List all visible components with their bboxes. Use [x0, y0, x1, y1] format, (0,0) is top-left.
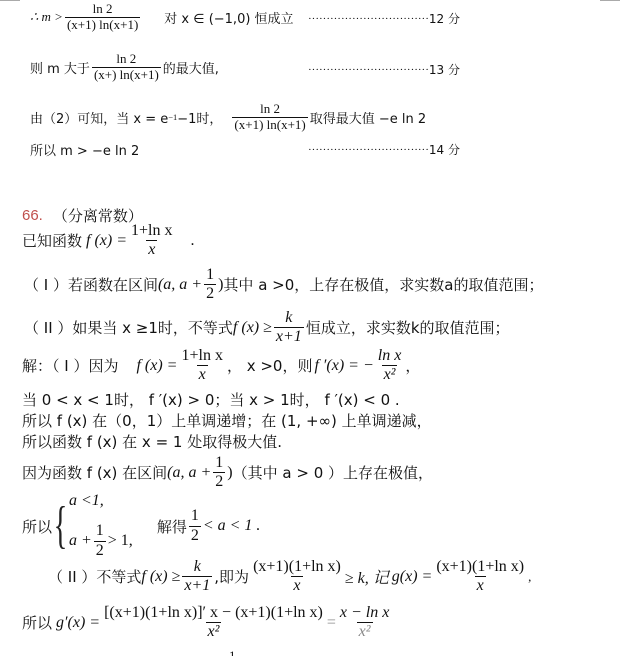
- prev-line-4-text: 所以 m > −e ln 2: [30, 140, 139, 159]
- fraction-numerator: ln 2: [91, 2, 115, 17]
- prev-line-1-prefix: ∴ m >: [30, 9, 63, 25]
- solution-7-mid: ,即为: [214, 566, 249, 587]
- part-2-function: f (x) ≥: [233, 319, 272, 337]
- cut-off-line: 1: [229, 648, 236, 656]
- case-2-right: > 1,: [108, 532, 133, 550]
- solution-1-mid: ， x >0，则: [227, 355, 313, 376]
- derivative-fraction: ln x x²: [376, 347, 404, 385]
- fraction-denominator: x²: [206, 622, 222, 641]
- prev-line-1-fraction: ln 2 (x+1) ln(x+1): [65, 2, 140, 33]
- g-prime-fraction: [(x+1)(1+ln x)]′ x − (x+1)(1+ln x) x²: [102, 604, 325, 642]
- solution-1-function: f (x) =: [136, 357, 177, 375]
- result-fraction: 1 2: [189, 507, 201, 545]
- solve-label: 解得: [157, 516, 187, 537]
- solution-1-derivative: f ′(x) = −: [314, 357, 373, 375]
- k-fraction: k x+1: [274, 309, 304, 347]
- exponent: −1: [168, 112, 177, 122]
- score-label: 13 分: [429, 61, 460, 78]
- system-case-1: a <1,: [69, 492, 133, 510]
- solution-5-prefix: 因为函数 f (x) 在区间: [22, 462, 167, 483]
- solution-8-prefix: 所以: [22, 612, 52, 633]
- fraction-denominator: x+1: [182, 576, 212, 595]
- case-2-left: a +: [69, 532, 92, 550]
- fraction-denominator: 2: [213, 472, 225, 491]
- page-edge-right: [600, 0, 620, 1]
- prev-line-2-score: ································· 13 分: [308, 61, 460, 78]
- solution-2-text: 当 0 < x < 1时， f ′(x) > 0；当 x > 1时， f ′(x…: [22, 389, 400, 410]
- problem-part-1: （ I ）若函数在区间 (a, a + 1 2 ) 其中 a >0，上存在极值，…: [24, 266, 543, 304]
- g-fraction: (x+1)(1+ln x) x: [251, 558, 343, 596]
- score-label: 14 分: [429, 141, 460, 158]
- solution-line-3: 所以 f (x) 在（0，1）上单调递增；在 (1, +∞) 上单调递减，: [22, 410, 432, 431]
- fraction-denominator: x: [197, 365, 208, 384]
- solution-1-end: ，: [405, 355, 420, 376]
- half-fraction: 1 2: [204, 266, 216, 304]
- part-2-label: （ II ）如果当 x ≥1时，不等式: [24, 317, 233, 338]
- fraction-numerator: [(x+1)(1+ln x)]′ x − (x+1)(1+ln x): [102, 604, 325, 622]
- prev-line-3-mid: −1时，: [177, 108, 222, 127]
- fraction-denominator: x+1: [274, 327, 304, 346]
- solution-7-end: ,: [528, 569, 531, 585]
- prev-line-2: 则 m 大于 ln 2 (x+) ln(x+1) 的最大值,: [30, 52, 219, 83]
- partial-numerator: 1: [229, 648, 236, 656]
- solution-line-6: 所以 { a <1, a + 1 2 > 1, 解得 1 2 < a < 1 .: [22, 492, 260, 560]
- fraction-numerator: k: [283, 309, 294, 327]
- prev-line-2-suffix: 的最大值,: [163, 58, 219, 77]
- solution-7-function: f (x) ≥: [141, 568, 180, 586]
- leader-dots: ·································: [308, 64, 429, 76]
- fraction-denominator: x²: [382, 365, 398, 384]
- g-prime: g′(x) =: [56, 614, 100, 632]
- part-1-label: （ I ）若函数在区间: [24, 274, 158, 295]
- solution-7-mid2: ≥ k, 记: [345, 565, 389, 588]
- fraction-numerator: 1: [204, 266, 216, 284]
- interval-left: (a, a +: [158, 276, 202, 294]
- g-definition-fraction: (x+1)(1+ln x) x: [434, 558, 526, 596]
- solution-line-5: 因为函数 f (x) 在区间 (a, a + 1 2 ) （其中 a > 0 ）…: [22, 454, 433, 492]
- part-2-rest: 恒成立，求实数k的取值范围；: [306, 317, 510, 338]
- equals-sign: =: [327, 614, 336, 632]
- fraction-numerator: ln 2: [258, 102, 282, 117]
- solution-3-text: 所以 f (x) 在（0，1）上单调递增；在 (1, +∞) 上单调递减，: [22, 410, 432, 431]
- fraction-denominator: x: [291, 576, 302, 595]
- k-fraction: k x+1: [182, 558, 212, 596]
- half-fraction: 1 2: [94, 522, 106, 560]
- prev-line-3: 由（2）可知，当 x = e−1 −1时， ln 2 (x+1) ln(x+1)…: [30, 102, 426, 133]
- prev-line-2-prefix: 则 m 大于: [30, 58, 90, 77]
- fraction-denominator: (x+1) ln(x+1): [232, 117, 307, 133]
- interval-left: (a, a +: [167, 464, 211, 482]
- solution-4-text: 所以函数 f (x) 在 x = 1 处取得极大值.: [22, 431, 282, 452]
- solution-5-rest: （其中 a > 0 ）上存在极值，: [233, 462, 433, 483]
- g-function: g(x) =: [392, 568, 433, 586]
- fraction-denominator: (x+) ln(x+1): [92, 67, 161, 83]
- left-brace-icon: {: [54, 500, 68, 552]
- fraction-numerator: 1+ln x: [129, 222, 174, 240]
- fraction-numerator: 1: [94, 522, 106, 540]
- solution-line-1: 解：（ I ）因为 f (x) = 1+ln x x ， x >0，则 f ′(…: [22, 347, 420, 385]
- given-prefix: 已知函数: [22, 230, 82, 251]
- fraction-denominator: (x+1) ln(x+1): [65, 17, 140, 33]
- problem-given: 已知函数 f (x) = 1+ln x x .: [22, 222, 194, 260]
- system-case-2: a + 1 2 > 1,: [69, 522, 133, 560]
- prev-line-3-fraction: ln 2 (x+1) ln(x+1): [232, 102, 307, 133]
- fraction-numerator: 1: [213, 454, 225, 472]
- leader-dots: ·································: [308, 13, 429, 25]
- problem-part-2: （ II ）如果当 x ≥1时，不等式 f (x) ≥ k x+1 恒成立，求实…: [24, 309, 510, 347]
- fraction-numerator: (x+1)(1+ln x): [251, 558, 343, 576]
- solution-1-prefix: 解：（ I ）因为: [22, 355, 118, 376]
- leader-dots: ·································: [308, 144, 429, 156]
- fraction-denominator: x²: [357, 622, 373, 641]
- prev-line-2-fraction: ln 2 (x+) ln(x+1): [92, 52, 161, 83]
- solution-line-8: 所以 g′(x) = [(x+1)(1+ln x)]′ x − (x+1)(1+…: [22, 604, 393, 642]
- prev-line-1-condition: 对 x ∈ (−1,0) 恒成立: [164, 8, 293, 27]
- solution-7-label: （ II ）不等式: [48, 566, 141, 587]
- prev-line-4-score: ································· 14 分: [308, 141, 460, 158]
- given-function: f (x) =: [86, 232, 127, 250]
- solution-6-prefix: 所以: [22, 516, 52, 537]
- prev-line-3-suffix: 取得最大值 −e ln 2: [310, 108, 426, 127]
- score-label: 12 分: [429, 10, 460, 27]
- solution-1-fraction: 1+ln x x: [179, 347, 224, 385]
- result-right: < a < 1 .: [203, 517, 261, 535]
- fraction-numerator: 1+ln x: [179, 347, 224, 365]
- solution-line-4: 所以函数 f (x) 在 x = 1 处取得极大值.: [22, 431, 282, 452]
- given-fraction: 1+ln x x: [129, 222, 174, 260]
- page-edge-left: [0, 0, 20, 1]
- part-1-rest: 其中 a >0，上存在极值，求实数a的取值范围；: [223, 274, 543, 295]
- fraction-numerator: 1: [189, 507, 201, 525]
- solution-line-7: （ II ）不等式 f (x) ≥ k x+1 ,即为 (x+1)(1+ln x…: [48, 558, 531, 596]
- fraction-denominator: x: [475, 576, 486, 595]
- prev-line-1: ∴ m > ln 2 (x+1) ln(x+1) 对 x ∈ (−1,0) 恒成…: [30, 2, 294, 33]
- fraction-numerator: x − ln x: [338, 604, 391, 622]
- prev-line-3-prefix: 由（2）可知，当 x = e: [30, 108, 168, 127]
- fraction-numerator: k: [192, 558, 203, 576]
- fraction-numerator: ln 2: [114, 52, 138, 67]
- fraction-denominator: 2: [189, 526, 201, 545]
- fraction-numerator: ln x: [376, 347, 404, 365]
- prev-line-4: 所以 m > −e ln 2: [30, 140, 139, 159]
- given-period: .: [190, 232, 194, 250]
- simplified-fraction: x − ln x x²: [338, 604, 391, 642]
- solution-line-2: 当 0 < x < 1时， f ′(x) > 0；当 x > 1时， f ′(x…: [22, 389, 400, 410]
- fraction-denominator: 2: [204, 284, 216, 303]
- fraction-denominator: x: [146, 240, 157, 259]
- half-fraction: 1 2: [213, 454, 225, 492]
- inequality-system: a <1, a + 1 2 > 1,: [69, 492, 133, 560]
- fraction-numerator: (x+1)(1+ln x): [434, 558, 526, 576]
- prev-line-1-score: ································· 12 分: [308, 10, 460, 27]
